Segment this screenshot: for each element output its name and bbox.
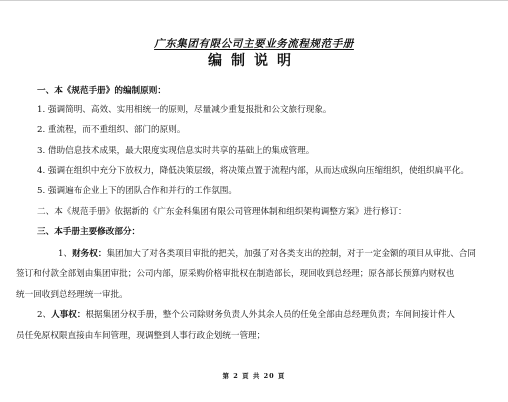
principle-item: 3. 借助信息技术成果，最大限度实现信息实时共享的基础上的集成管理。 xyxy=(37,145,314,157)
item-text: 集团加大了对各类项目审批的把关，加强了对各类支出的控制，对于一定金额的项目从审批… xyxy=(106,249,476,259)
section3-heading: 三、本手册主要修改部分： xyxy=(37,226,140,238)
item-continuation: 员任免原权限直接由车间管理，现调整到人事行政企划统一管理； xyxy=(16,330,265,342)
principle-item: 4. 强调在组织中充分下放权力，降低决策层级，将决策点置于流程内部，从而达成纵向… xyxy=(37,165,469,177)
item-text: 根据集团分权手册，整个公司除财务负责人外其余人员的任免全部由总经理负责；车间间接… xyxy=(85,310,455,320)
document-subtitle: 编制说明 xyxy=(0,50,508,70)
item-prefix: 2、 xyxy=(37,310,51,320)
principle-item: 5. 强调遍布企业上下的团队合作和并行的工作氛围。 xyxy=(37,185,237,197)
item-continuation: 统一回收到总经理统一审批。 xyxy=(16,289,128,301)
principle-item: 2. 重流程，而不重组织、部门的原则。 xyxy=(37,124,185,136)
document-title: 广东集团有限公司主要业务流程规范手册 xyxy=(0,36,508,51)
item-continuation: 签订和付款全部划由集团审批；公司内部，原采购价格审批权在制造部长，现回收到总经理… xyxy=(16,268,454,280)
item-label: 财务权： xyxy=(72,249,106,259)
page-number: 第 2 頁 共 20 頁 xyxy=(0,371,508,380)
item-prefix: 1、 xyxy=(58,249,72,259)
modification-item-hr: 2、人事权：根据集团分权手册，整个公司除财务负责人外其余人员的任免全部由总经理负… xyxy=(37,309,455,321)
top-divider xyxy=(0,0,508,1)
item-label: 人事权： xyxy=(51,310,85,320)
document-title-text: 广东集团有限公司主要业务流程规范手册 xyxy=(154,38,354,50)
principle-item: 1. 强调简明、高效、实用相统一的原则，尽量减少重复报批和公文旅行现象。 xyxy=(37,104,332,116)
modification-item-finance: 1、财务权：集团加大了对各类项目审批的把关，加强了对各类支出的控制，对于一定金额… xyxy=(58,248,476,260)
section2-text: 二、本《规范手册》依据新的《广东金科集团有限公司管理体制和组织架构调整方案》进行… xyxy=(37,206,407,218)
document-page: 广东集团有限公司主要业务流程规范手册 编制说明 一、本《规范手册》的编制原则： … xyxy=(0,0,508,402)
section1-heading: 一、本《规范手册》的编制原则： xyxy=(37,85,166,97)
